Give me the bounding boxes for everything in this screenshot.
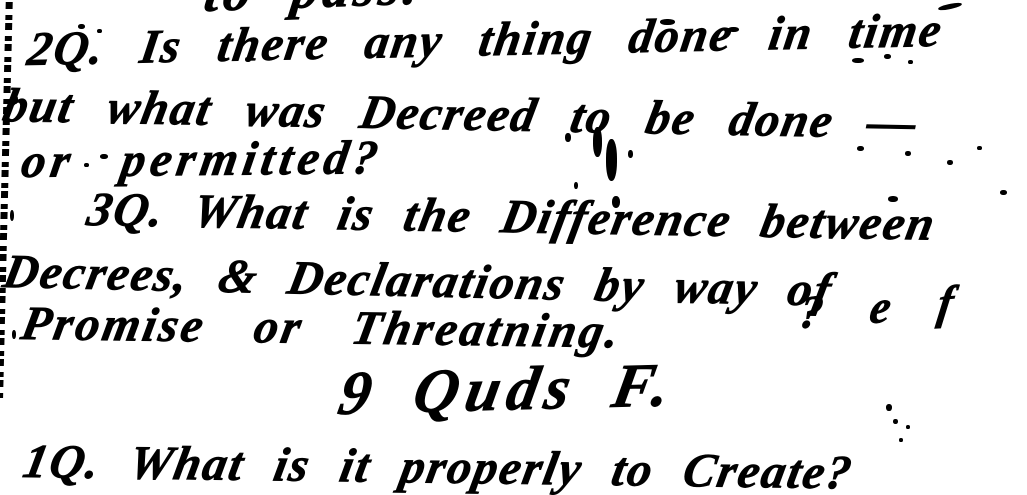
ink-speck [728, 27, 739, 32]
ink-speck [886, 404, 892, 411]
ink-speck [78, 24, 85, 29]
ink-speck [97, 29, 102, 33]
manuscript-line-q1-1: 1Q. What is it properly to Create? [19, 436, 857, 495]
ink-speck [906, 425, 910, 429]
ink-speck [12, 330, 16, 339]
manuscript-line-q2-3: or permitted? [18, 132, 387, 189]
manuscript-page: to pass. 2Q. Is there any thing done in … [0, 0, 1027, 495]
manuscript-line-q3-1: 3Q. What is the Difference between [83, 184, 941, 251]
ink-speck [612, 196, 620, 208]
ink-speck [857, 146, 864, 151]
ink-speck [593, 127, 602, 157]
ink-speck [905, 151, 911, 156]
ink-speck [628, 150, 633, 158]
manuscript-line-q2-1: 2Q. Is there any thing done in time [24, 5, 947, 77]
ink-speck [977, 146, 982, 150]
ink-speck [1000, 190, 1007, 195]
ink-speck [908, 60, 913, 64]
ink-speck [888, 196, 898, 202]
ink-speck [100, 154, 108, 159]
ink-speck [947, 160, 953, 165]
ink-speck [899, 438, 903, 442]
ink-speck [84, 163, 89, 167]
manuscript-stray-marks: ? e f [796, 277, 963, 339]
page-binding-edge [0, 0, 13, 398]
ink-speck [660, 19, 675, 25]
manuscript-line-q3-3: Promise or Threatning. [17, 298, 626, 359]
ink-speck [574, 182, 578, 189]
ink-speck [893, 419, 898, 424]
ink-speck [10, 210, 14, 221]
ink-speck [852, 58, 864, 63]
ink-speck [245, 57, 251, 62]
ink-speck [565, 133, 571, 142]
manuscript-section-heading: 9 Quds F. [334, 351, 683, 428]
ink-speck [884, 54, 891, 59]
ink-speck [606, 139, 617, 181]
